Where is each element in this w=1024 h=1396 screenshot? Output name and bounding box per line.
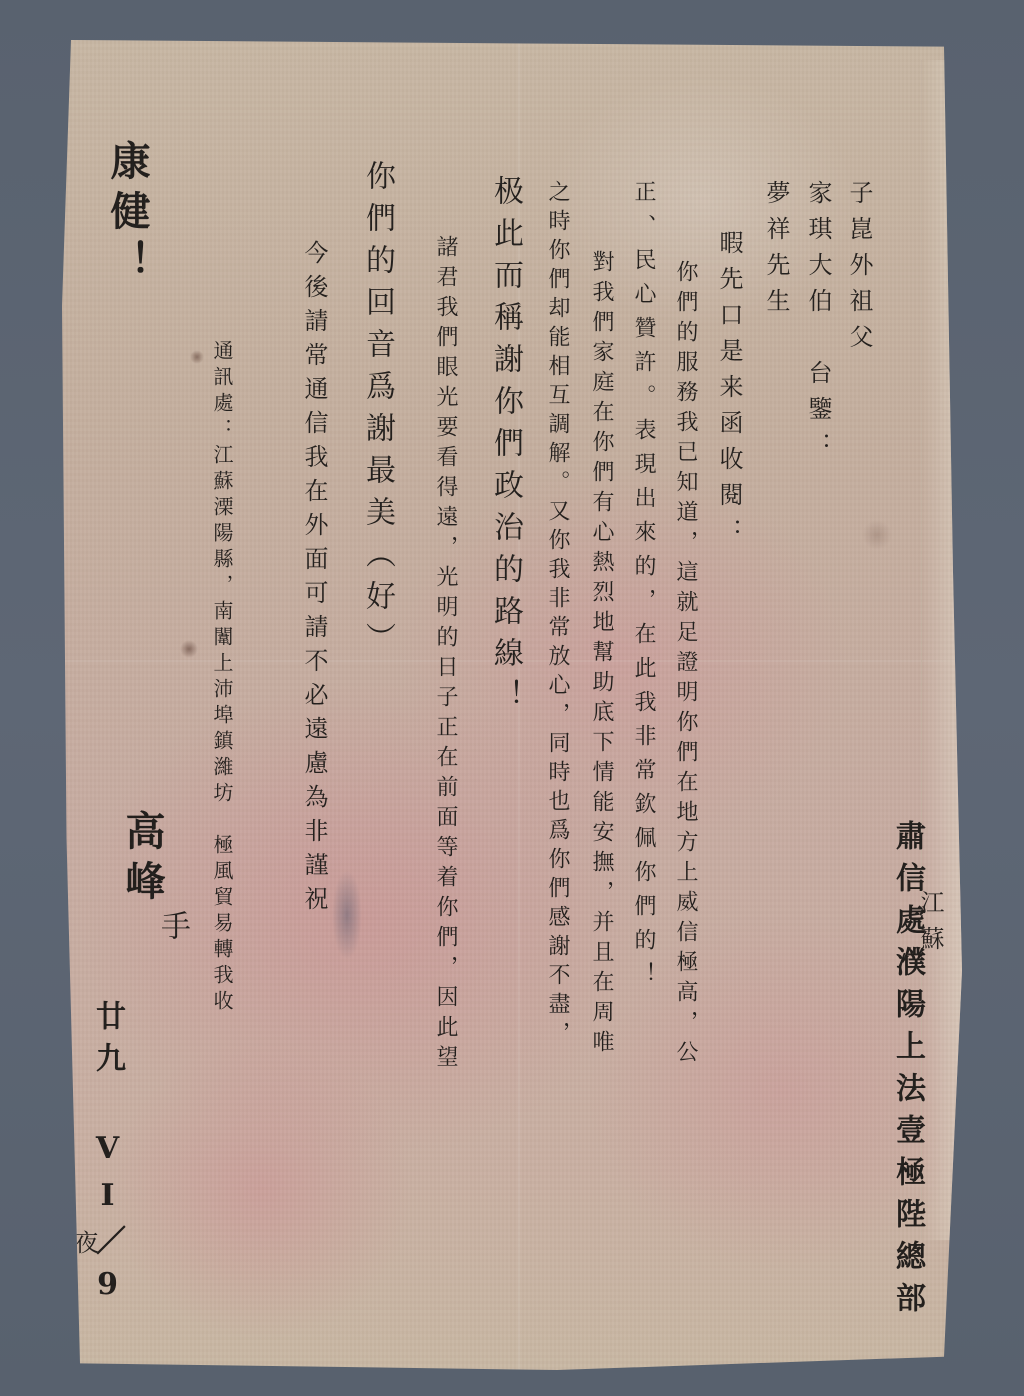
body-line-1: 暇先口是来函收閱： xyxy=(717,230,741,554)
addressee-line-2: 家琪大伯 台鑒： xyxy=(806,180,830,468)
body-line-8: 你們的回音爲謝最美（好） xyxy=(362,160,392,664)
body-line-7: 諸君我們眼光要看得遠，光明的日子正在前面等着你們，因此望 xyxy=(434,235,456,1075)
body-line-3: 正、民心贊許。表現出來的，在此我非常欽佩你們的！ xyxy=(632,180,654,996)
body-line-9: 今後請常通信我在外面可請不必遠慮為非謹祝 xyxy=(302,240,326,920)
body-line-2: 你們的服務我已知道，這就足證明你們在地方上威信極高，公 xyxy=(674,260,696,1070)
addressee-line-3: 夢祥先生 xyxy=(764,180,788,324)
ink-stain xyxy=(180,640,198,658)
scanned-document: 肅信處濮陽上法壹極陛總部 江蘇 子崑外祖父 家琪大伯 台鑒： 夢祥先生 暇先口是… xyxy=(0,0,1024,1396)
paper-torn-edge xyxy=(921,60,962,1240)
water-stain xyxy=(862,520,892,550)
mailing-address: 通訊處：江蘇溧陽縣，南闈上沛埠鎮濰坊 極風貿易轉我收 xyxy=(212,340,232,1016)
signature-suffix: 手 xyxy=(157,910,187,952)
letter-date: 廿九 ⅤⅠ／9 xyxy=(92,1000,122,1314)
closing-greeting: 康健！ xyxy=(107,140,147,290)
date-note: 夜 xyxy=(72,1230,96,1266)
sender-side-note: 江蘇 xyxy=(918,890,942,962)
addressee-line-1: 子崑外祖父 xyxy=(847,180,871,360)
signature: 高峰 xyxy=(122,810,162,910)
ink-stain xyxy=(190,350,204,364)
body-line-6: 极此而稱謝你們政治的路線！ xyxy=(490,175,520,721)
ink-smudge xyxy=(332,870,362,960)
letter-paper: 肅信處濮陽上法壹極陛總部 江蘇 子崑外祖父 家琪大伯 台鑒： 夢祥先生 暇先口是… xyxy=(62,40,962,1370)
body-line-4: 對我們家庭在你們有心熱烈地幫助底下情能安撫，并且在周唯 xyxy=(590,250,612,1060)
body-line-5: 之時你們却能相互調解。又你我非常放心，同時也爲你們感謝不盡， xyxy=(546,180,568,1050)
